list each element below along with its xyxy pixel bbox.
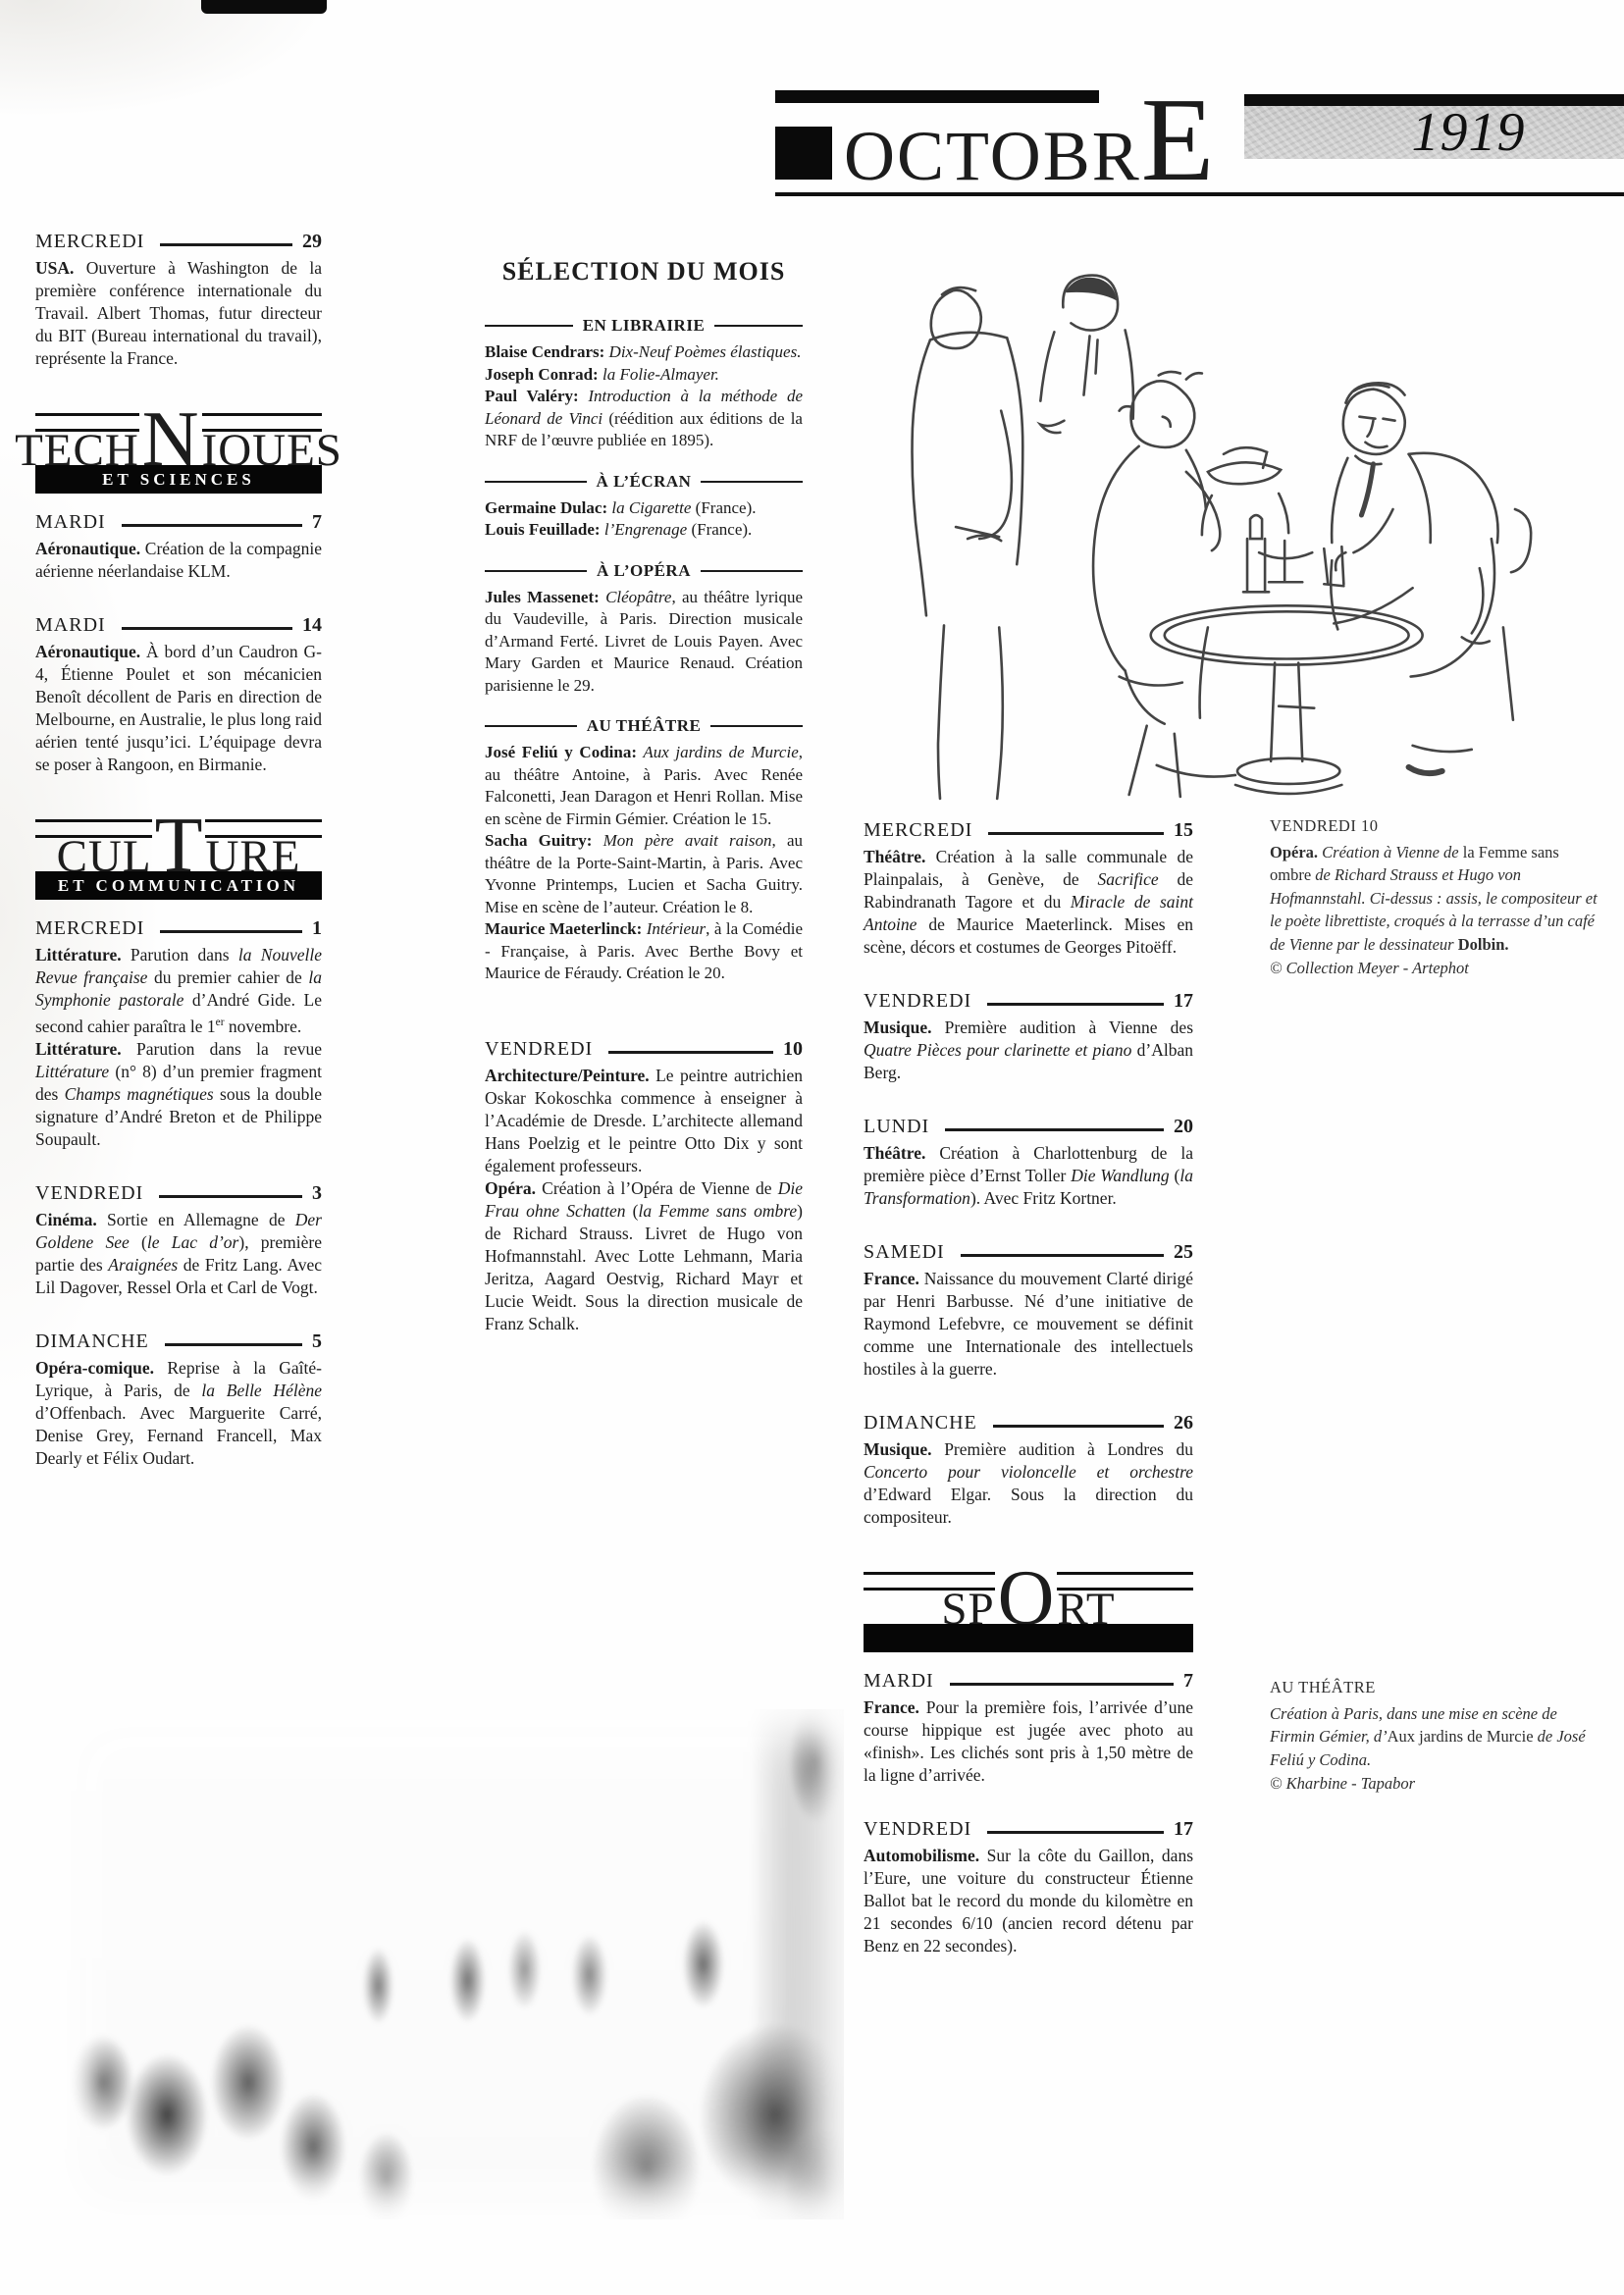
entry-body: Musique. Première audition à Vienne des … [864,1017,1193,1084]
entry-day-heading: VENDREDI 3 [35,1182,322,1205]
entry-day: VENDREDI [864,1818,971,1841]
day-rule [945,1128,1164,1131]
entry-paragraph: Aéronautique. À bord d’un Caudron G-4, É… [35,641,322,776]
day-rule [993,1425,1164,1428]
entry-day: VENDREDI [485,1038,593,1061]
entry-date-number: 5 [312,1330,322,1353]
selection-item: Sacha Guitry: Mon père avait raison, au … [485,830,803,918]
section-subtitle-bar: ET SCIENCES [35,465,322,494]
entry-day-heading: VENDREDI 10 [485,1038,803,1061]
day-rule [160,930,302,933]
caption-text: Opéra. Création à Vienne de la Femme san… [1270,841,1601,957]
entry-body: Architecture/Peinture. Le peintre autric… [485,1065,803,1335]
entry-day: DIMANCHE [864,1412,977,1434]
entry-date-number: 1 [312,917,322,940]
entry-day: MERCREDI [35,917,144,940]
entry-date-number: 7 [1183,1670,1193,1693]
cafe-sketch-illustration [860,214,1611,805]
entry-date-number: 15 [1174,819,1193,842]
entry-day-heading: SAMEDI 25 [864,1241,1193,1264]
subheading-label: À L’OPÉRA [597,561,691,581]
selection-item: Louis Feuillade: l’Engrenage (France). [485,519,803,542]
entry-body: Cinéma. Sortie en Allemagne de Der Golde… [35,1209,322,1299]
selection-subheading: EN LIBRAIRIE [485,316,803,336]
day-rule [961,1254,1164,1257]
entry-body: USA. Ouverture à Washington de la premiè… [35,257,322,370]
subheading-label: À L’ÉCRAN [597,472,692,492]
entry-day: MARDI [864,1670,934,1693]
event-entry: MERCREDI 29 USA. Ouverture à Washington … [35,231,322,370]
event-entry: MERCREDI 1 Littérature. Parution dans la… [35,917,322,1151]
selection-group-opera: À L’OPÉRA Jules Massenet: Cléopâtre, au … [485,561,803,698]
entry-day: MARDI [35,614,106,637]
day-rule [950,1683,1174,1686]
photo-caption: AU THÉÂTRE Création à Paris, dans une mi… [1270,1676,1601,1796]
caption-label: AU THÉÂTRE [1270,1676,1601,1699]
day-rule [988,832,1164,835]
section-title-big-letter: T [152,814,206,879]
selection-subheading: AU THÉÂTRE [485,716,803,736]
entry-paragraph: Automobilisme. Sur la côte du Gaillon, d… [864,1845,1193,1957]
subheading-rule [485,325,573,327]
entry-day-heading: VENDREDI 17 [864,1818,1193,1841]
day-rule [122,524,302,527]
entry-day: VENDREDI [35,1182,143,1205]
event-entry: VENDREDI 10 Architecture/Peinture. Le pe… [485,1038,803,1335]
entry-paragraph: France. Naissance du mouvement Clarté di… [864,1268,1193,1381]
entry-body: Aéronautique. Création de la compagnie a… [35,538,322,583]
event-entry: VENDREDI 17 Automobilisme. Sur la côte d… [864,1818,1193,1957]
entry-body: Aéronautique. À bord d’un Caudron G-4, É… [35,641,322,776]
entry-day-heading: MERCREDI 1 [35,917,322,940]
entry-paragraph: France. Pour la première fois, l’arrivée… [864,1696,1193,1787]
section-title: CULTURE [35,814,322,880]
selection-title: SÉLECTION DU MOIS [485,257,803,287]
entry-date-number: 7 [312,511,322,534]
subheading-rule [701,570,803,572]
header-bottom-rule [775,192,1624,196]
entry-paragraph: Théâtre. Création à la salle communale d… [864,846,1193,959]
photo-credit: © Collection Meyer - Artephot [1270,957,1601,980]
right-column: MERCREDI 15 Théâtre. Création à la salle… [864,819,1193,1989]
selection-item: Jules Massenet: Cléopâtre, au théâtre ly… [485,587,803,698]
section-sport: SPORT [864,1572,1193,1652]
section-techniques: TECHNIQUES ET SCIENCES [35,413,322,494]
entry-paragraph: Architecture/Peinture. Le peintre autric… [485,1065,803,1177]
entry-paragraph: Opéra-comique. Reprise à la Gaîté-Lyriqu… [35,1357,322,1470]
event-entry: DIMANCHE 26 Musique. Première audition à… [864,1412,1193,1529]
day-rule [165,1343,302,1346]
entry-day: DIMANCHE [35,1330,149,1353]
entry-day-heading: MERCREDI 15 [864,819,1193,842]
selection-group-theatre: AU THÉÂTRE José Feliú y Codina: Aux jard… [485,716,803,985]
event-entry: VENDREDI 17 Musique. Première audition à… [864,990,1193,1084]
day-rule [122,627,292,630]
entry-date-number: 26 [1174,1412,1193,1434]
entry-day: MERCREDI [35,231,144,253]
subheading-rule [485,725,577,727]
event-entry: SAMEDI 25 France. Naissance du mouvement… [864,1241,1193,1381]
event-entry: DIMANCHE 5 Opéra-comique. Reprise à la G… [35,1330,322,1470]
entry-day-heading: MARDI 14 [35,614,322,637]
entry-day: SAMEDI [864,1241,945,1264]
entry-paragraph: USA. Ouverture à Washington de la premiè… [35,257,322,370]
month-title: OCTOBR [844,117,1141,195]
entry-day: MARDI [35,511,106,534]
day-rule [987,1003,1164,1006]
subheading-label: EN LIBRAIRIE [583,316,706,336]
entry-day-heading: MERCREDI 29 [35,231,322,253]
entry-date-number: 3 [312,1182,322,1205]
entry-paragraph: Opéra. Création à l’Opéra de Vienne de D… [485,1177,803,1335]
subheading-rule [485,570,587,572]
event-entry: VENDREDI 3 Cinéma. Sortie en Allemagne d… [35,1182,322,1299]
subheading-rule [710,725,803,727]
subheading-label: AU THÉÂTRE [587,716,702,736]
entry-day-heading: LUNDI 20 [864,1116,1193,1138]
entry-paragraph: Théâtre. Création à Charlottenburg de la… [864,1142,1193,1210]
section-subtitle-bar [864,1624,1193,1652]
section-title: TECHNIQUES [35,408,322,474]
event-entry: MARDI 7 France. Pour la première fois, l… [864,1670,1193,1787]
entry-date-number: 29 [302,231,322,253]
section-title: SPORT [864,1567,1193,1633]
entry-day-heading: MARDI 7 [35,511,322,534]
entry-paragraph: Musique. Première audition à Londres du … [864,1438,1193,1529]
entry-day-heading: VENDREDI 17 [864,990,1193,1013]
theatre-crowd-photo [59,1709,844,2219]
section-title-big-letter: O [995,1567,1058,1632]
year-label: 1919 [1343,101,1526,164]
day-rule [159,1195,302,1198]
entry-body: Théâtre. Création à Charlottenburg de la… [864,1142,1193,1210]
entry-day: VENDREDI [864,990,971,1013]
entry-day: LUNDI [864,1116,929,1138]
subheading-rule [714,325,803,327]
year-strip: 1919 [1244,94,1624,159]
selection-item: Maurice Maeterlinck: Intérieur, à la Com… [485,918,803,985]
event-entry: LUNDI 20 Théâtre. Création à Charlottenb… [864,1116,1193,1210]
selection-item: Blaise Cendrars: Dix-Neuf Poèmes élastiq… [485,341,803,364]
selection-item: Paul Valéry: Introduction à la méthode d… [485,386,803,452]
magazine-page: OCTOBRE 1919 MERCREDI 29 USA. Ouverture … [0,0,1624,2295]
page-title: OCTOBRE [775,80,1216,200]
title-square-icon [775,127,832,180]
entry-paragraph: Littérature. Parution dans la revue Litt… [35,1038,322,1151]
subheading-rule [701,481,803,483]
entry-date-number: 17 [1174,1818,1193,1841]
entry-day: MERCREDI [864,819,972,842]
selection-subheading: À L’ÉCRAN [485,472,803,492]
photo-credit: © Kharbine - Tapabor [1270,1772,1601,1796]
selection-item: Joseph Conrad: la Folie-Almayer. [485,364,803,387]
entry-body: France. Naissance du mouvement Clarté di… [864,1268,1193,1381]
illustration-caption: VENDREDI 10 Opéra. Création à Vienne de … [1270,814,1601,980]
entry-date-number: 25 [1174,1241,1193,1264]
entry-paragraph: Littérature. Parution dans la Nouvelle R… [35,944,322,1038]
entry-paragraph: Musique. Première audition à Vienne des … [864,1017,1193,1084]
entry-day-heading: DIMANCHE 5 [35,1330,322,1353]
entry-date-number: 14 [302,614,322,637]
entry-paragraph: Aéronautique. Création de la compagnie a… [35,538,322,583]
caption-text: Création à Paris, dans une mise en scène… [1270,1702,1601,1772]
subheading-rule [485,481,587,483]
entry-body: Théâtre. Création à la salle communale d… [864,846,1193,959]
photo-image [59,1709,844,2219]
day-rule [608,1051,773,1054]
section-subtitle: ET COMMUNICATION [58,876,299,896]
entry-body: Opéra-comique. Reprise à la Gaîté-Lyriqu… [35,1357,322,1470]
entry-date-number: 17 [1174,990,1193,1013]
day-rule [987,1831,1164,1834]
entry-body: Littérature. Parution dans la Nouvelle R… [35,944,322,1151]
event-entry: MARDI 7 Aéronautique. Création de la com… [35,511,322,583]
day-rule [160,243,292,246]
selection-column: SÉLECTION DU MOIS EN LIBRAIRIE Blaise Ce… [485,257,803,1367]
event-entry: MARDI 14 Aéronautique. À bord d’un Caudr… [35,614,322,776]
entry-day-heading: DIMANCHE 26 [864,1412,1193,1434]
section-culture: CULTURE ET COMMUNICATION [35,819,322,900]
scan-artifact [201,0,327,14]
caption-label: VENDREDI 10 [1270,814,1601,838]
selection-subheading: À L’OPÉRA [485,561,803,581]
entry-body: Automobilisme. Sur la côte du Gaillon, d… [864,1845,1193,1957]
entry-paragraph: Cinéma. Sortie en Allemagne de Der Golde… [35,1209,322,1299]
entry-date-number: 10 [783,1038,803,1061]
selection-group-librairie: EN LIBRAIRIE Blaise Cendrars: Dix-Neuf P… [485,316,803,452]
event-entry: MERCREDI 15 Théâtre. Création à la salle… [864,819,1193,959]
left-column: MERCREDI 29 USA. Ouverture à Washington … [35,231,322,1501]
entry-day-heading: MARDI 7 [864,1670,1193,1693]
entry-body: France. Pour la première fois, l’arrivée… [864,1696,1193,1787]
selection-item: Germaine Dulac: la Cigarette (France). [485,497,803,520]
section-subtitle-bar: ET COMMUNICATION [35,871,322,900]
section-subtitle: ET SCIENCES [102,470,255,490]
selection-item: José Feliú y Codina: Aux jardins de Murc… [485,742,803,830]
selection-group-ecran: À L’ÉCRAN Germaine Dulac: la Cigarette (… [485,472,803,542]
entry-body: Musique. Première audition à Londres du … [864,1438,1193,1529]
section-title-big-letter: N [139,408,202,473]
month-title-big-letter: E [1141,74,1217,206]
entry-date-number: 20 [1174,1116,1193,1138]
